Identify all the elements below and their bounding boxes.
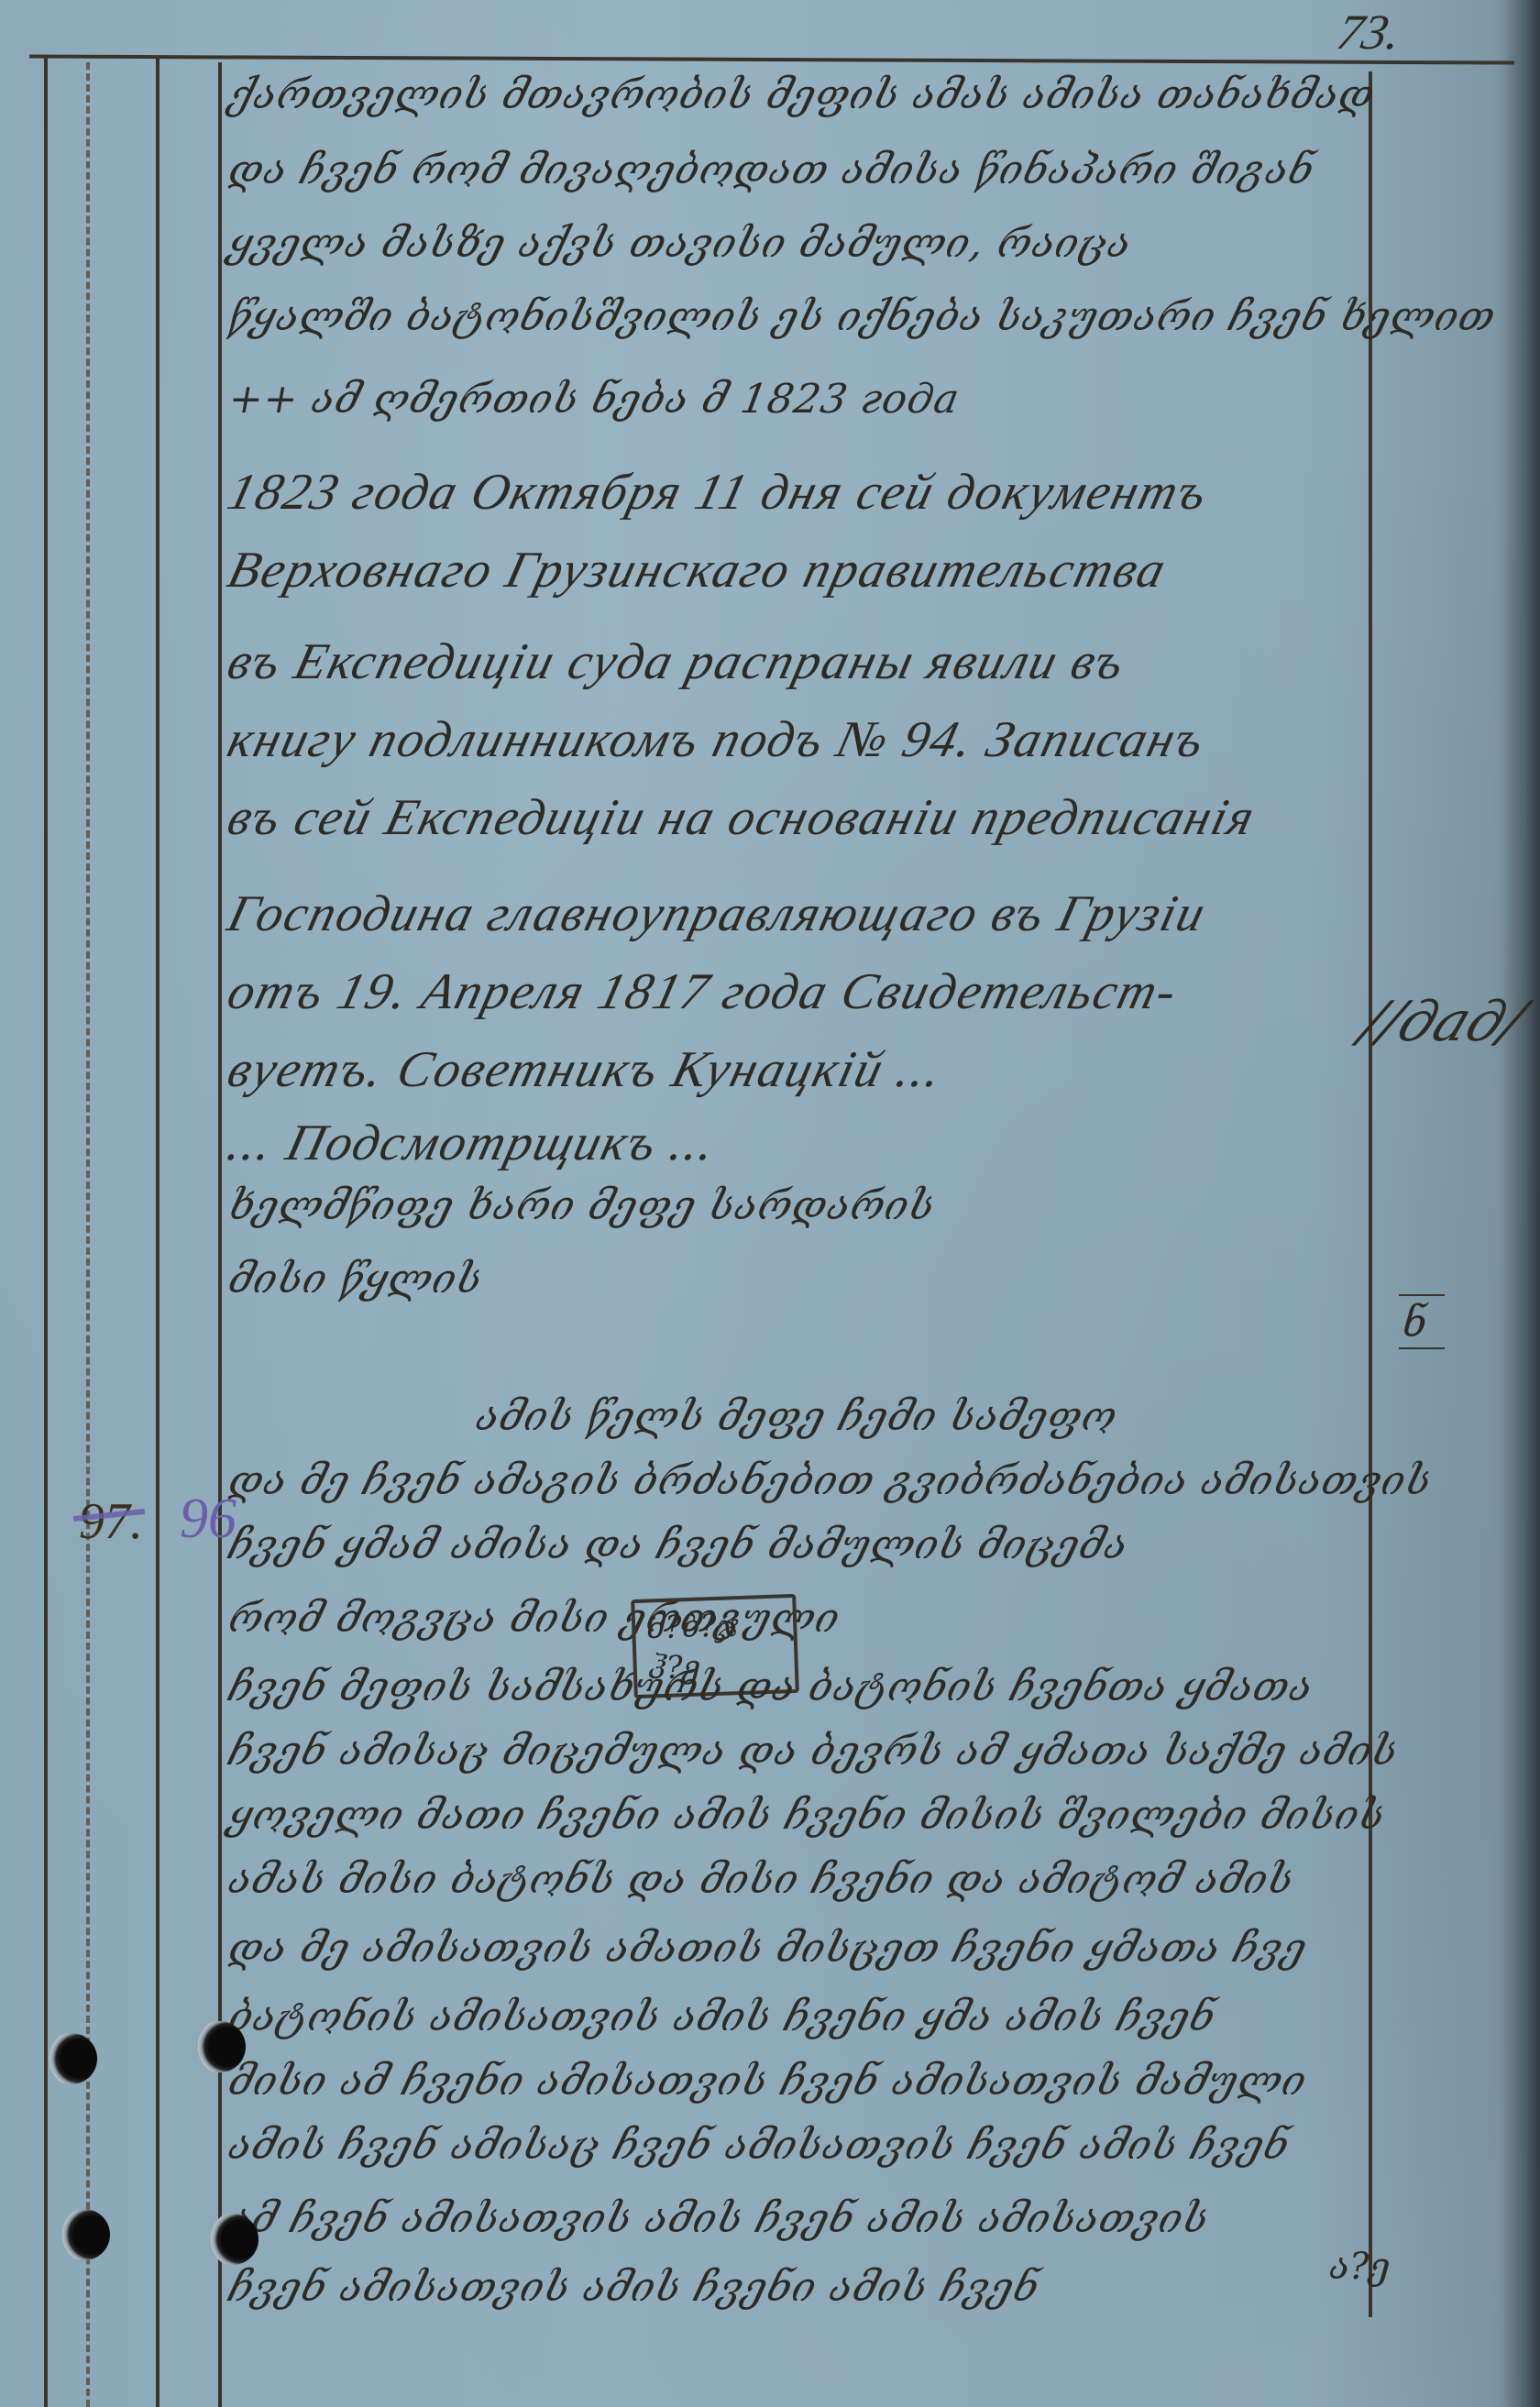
georgian-bottom-line-4: ჩვენ მეფის სამსახურს და ბატონის ჩვენთა ყ…	[225, 1664, 1317, 1710]
georgian-bottom-line-10: მისი ამ ჩვენი ამისათვის ჩვენ ამისათვის მ…	[225, 2058, 1311, 2105]
russian-line-5: въ сей Експедиціи на основаніи предписан…	[222, 788, 1261, 847]
georgian-line-4: წყალში ბატონისშვილის ეს იქნება საკუთარი …	[225, 293, 1500, 340]
georgian-heading: ამის წელს მეფე ჩემი სამეფო	[473, 1393, 1121, 1440]
mark-underline	[1399, 1347, 1445, 1349]
page-number: 73.	[1332, 4, 1406, 60]
russian-line-4: книгу подлинникомъ подъ № 94. Записанъ	[222, 710, 1212, 769]
georgian-bottom-line-9: ბატონის ამისათვის ამის ჩვენი ყმა ამის ჩვ…	[225, 1994, 1219, 2040]
russian-line-3: въ Експедиціи суда распраны явили въ	[222, 632, 1132, 691]
russian-line-9: ... Подсмотрщикъ ...	[222, 1114, 723, 1172]
georgian-bottom-line-11: ამის ჩვენ ამისაც ჩვენ ამისათვის ჩვენ ამი…	[225, 2122, 1293, 2169]
georgian-bottom-line-13: ჩვენ ამისათვის ამის ჩვენი ამის ჩვენ	[225, 2264, 1043, 2311]
georgian-line-5: ++ ამ ღმერთის ნება მ 1823 года	[225, 376, 963, 423]
russian-line-1: 1823 года Октября 11 дня сей документъ	[222, 463, 1215, 522]
right-rule	[1369, 71, 1372, 2317]
georgian-bottom-line-6: ყოველი მათი ჩვენი ამის ჩვენი მისის შვილე…	[225, 1792, 1390, 1839]
margin-number-old: 97.	[79, 1492, 143, 1551]
georgian-line-1: ქართველის მთავრობის მეფის ამას ამისა თან…	[225, 71, 1379, 118]
binding-hole	[194, 2021, 246, 2072]
georgian-line-3: ყველა მასზე აქვს თავისი მამული, რაიცა	[225, 220, 1136, 267]
top-rule	[29, 54, 1514, 64]
georgian-bottom-line-2: ჩვენ ყმამ ამისა და ჩვენ მამულის მიცემა	[225, 1522, 1132, 1568]
russian-line-6: Господина главноуправляющаго въ Грузіи	[222, 885, 1213, 943]
georgian-bottom-line-7: ამას მისი ბატონს და მისი ჩვენი და ამიტომ…	[225, 1856, 1298, 1903]
margin-number-old-text: 97.	[79, 1493, 143, 1550]
georgian-bottom-line-1: და მე ჩვენ ამაგის ბრძანებით გვიბრძანებია…	[225, 1457, 1435, 1504]
binding-hole	[46, 2033, 97, 2084]
georgian-bottom-line-12: ამ ჩვენ ამისათვის ამის ჩვენ ამის ამისათვ…	[225, 2195, 1214, 2242]
boxed-note-line-1: მ?ბ?ჯ	[646, 1603, 783, 1648]
margin-rule-1	[156, 58, 159, 2407]
binding-hole	[207, 2214, 258, 2265]
georgian-mid-line-1: ხელმწიფე ხარი მეფე სარდარის	[225, 1182, 940, 1229]
binding-hole	[59, 2209, 110, 2260]
georgian-bottom-line-5: ჩვენ ამისაც მიცემულა და ბევრს ამ ყმათა ს…	[225, 1728, 1402, 1775]
mark-letter: ნ	[1402, 1300, 1426, 1346]
georgian-mid-line-2: მისი წყლის	[225, 1256, 487, 1302]
right-margin-mark: ნ	[1402, 1300, 1426, 1346]
georgian-line-2: და ჩვენ რომ მივაღებოდათ ამისა წინაპარი შ…	[225, 147, 1318, 193]
russian-line-8: вуетъ. Советникъ Кунацкій ...	[222, 1040, 950, 1099]
page-edge-shadow	[1503, 0, 1540, 2407]
georgian-bottom-line-8: და მე ამისათვის ამათის მისცეთ ჩვენი ყმათ…	[225, 1925, 1311, 1972]
margin-slash-mark: //дад/	[1352, 990, 1534, 1054]
russian-line-2: Верховнаго Грузинскаго правительства	[222, 541, 1172, 599]
bottom-right-fragment: ა?ე	[1329, 2246, 1390, 2288]
russian-line-7: отъ 19. Апреля 1817 года Свидетельст-	[222, 962, 1184, 1021]
mark-overline	[1399, 1294, 1445, 1296]
